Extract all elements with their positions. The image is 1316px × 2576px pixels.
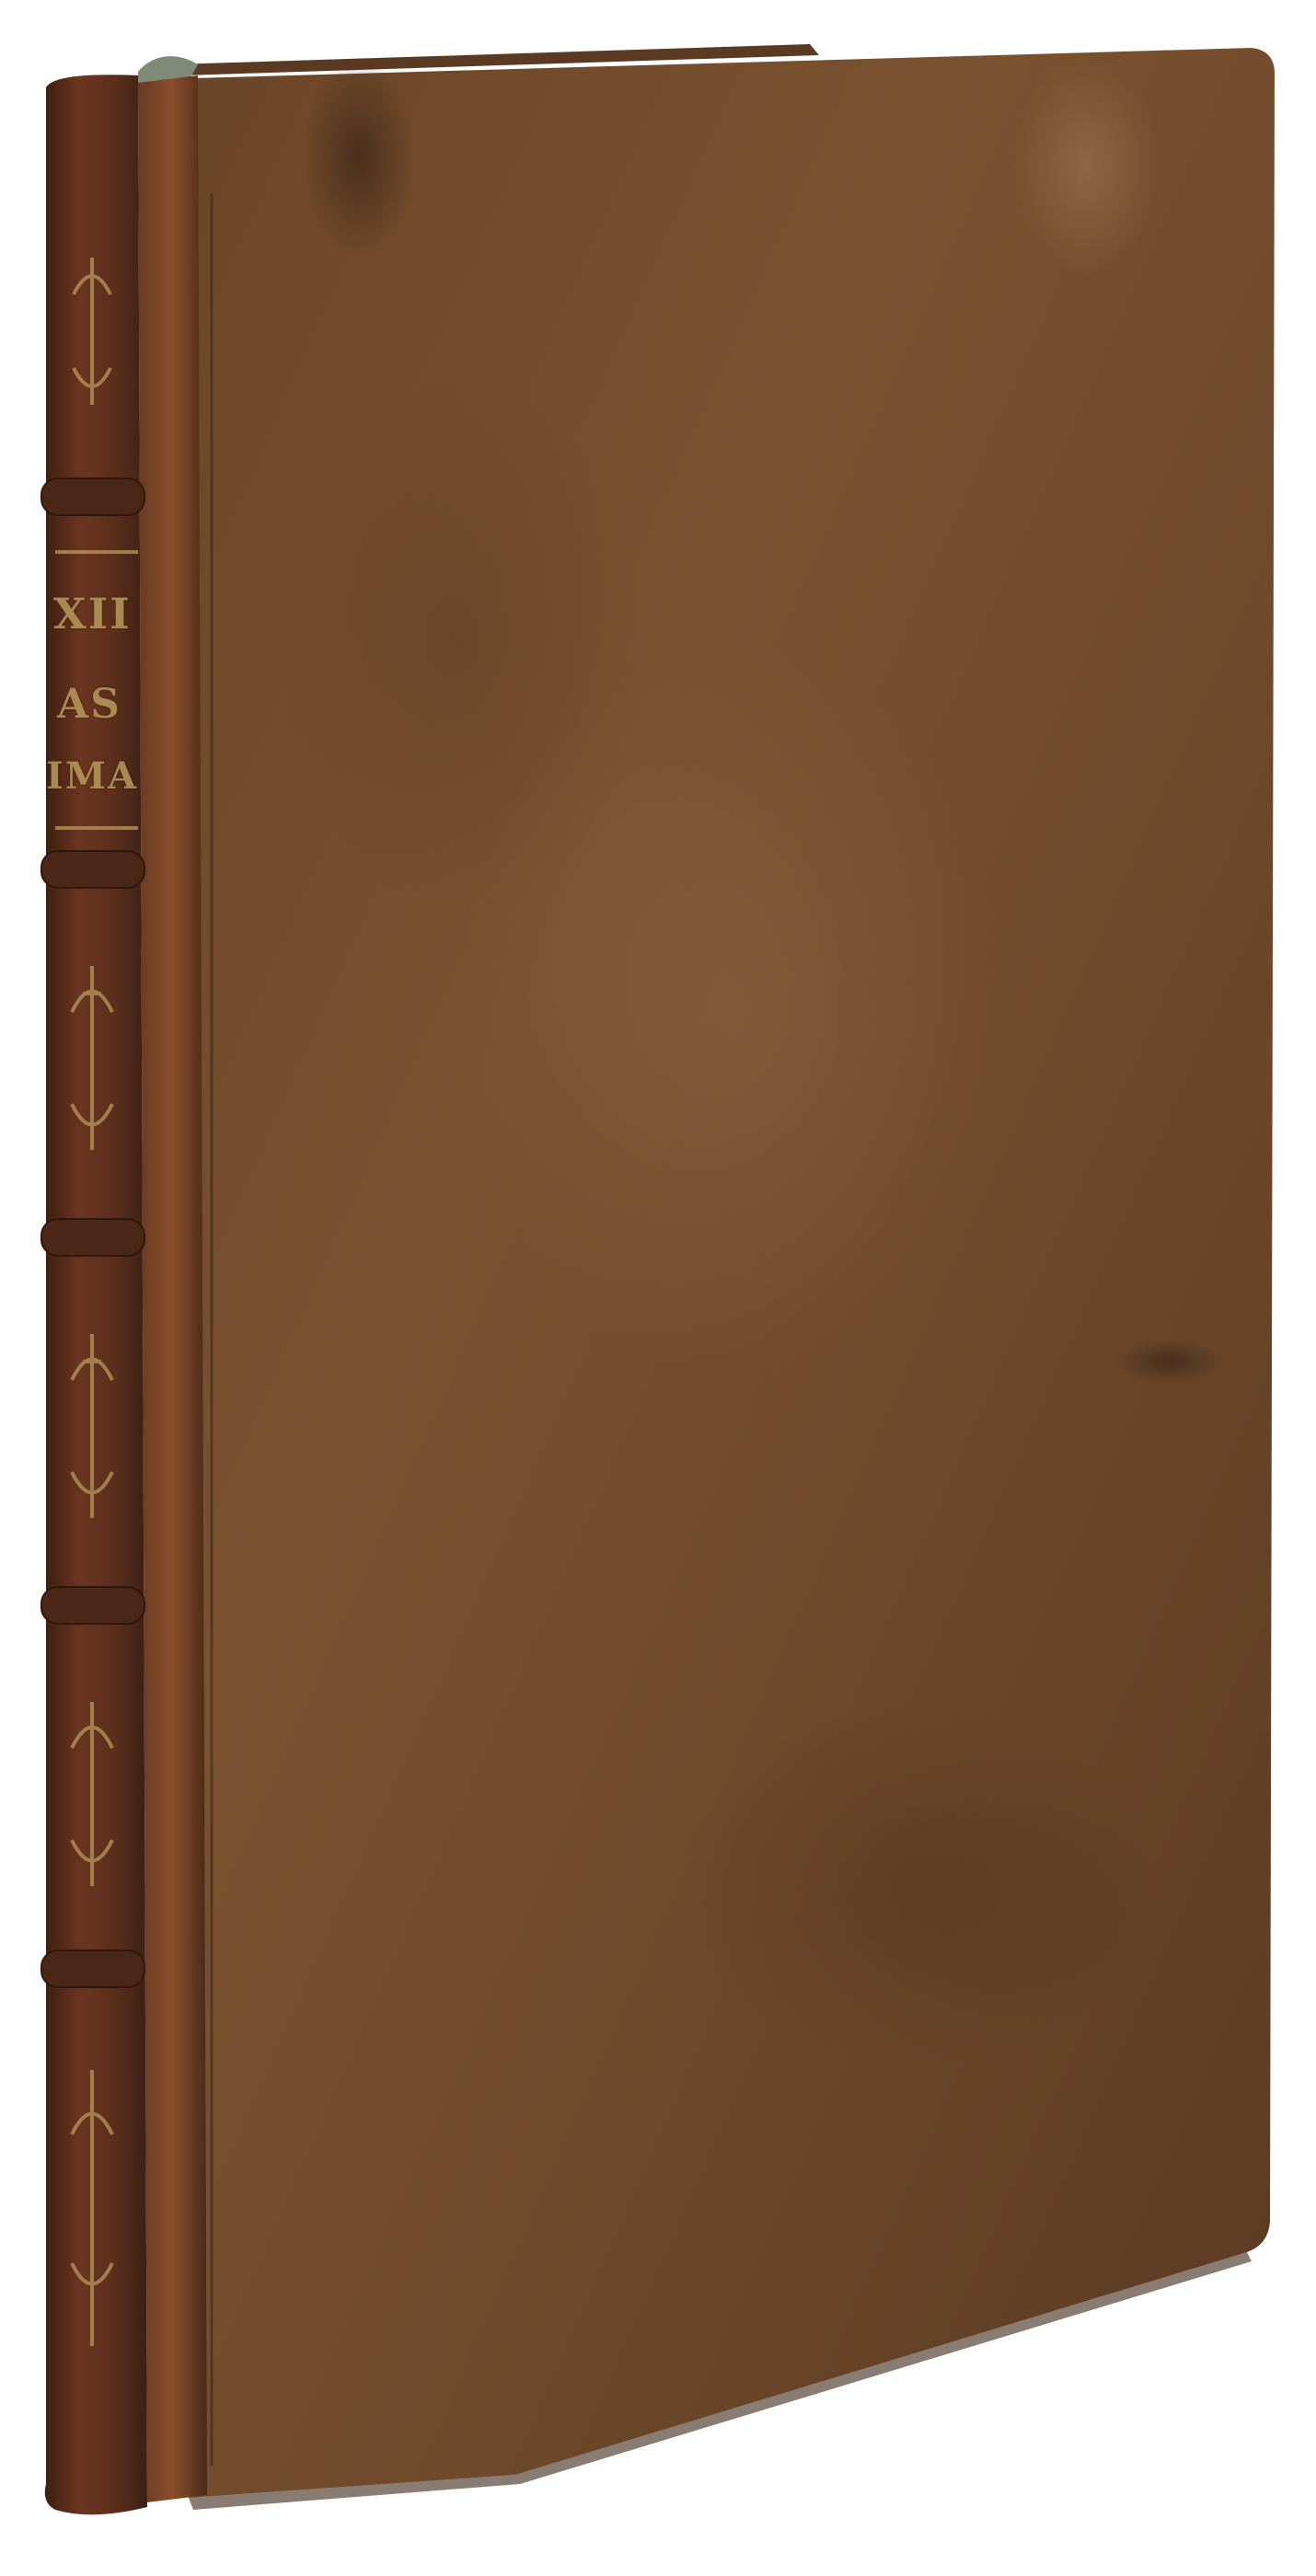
joint — [138, 75, 207, 2502]
spine-label-line-1: XII — [53, 589, 132, 638]
book-photo: XII AS IMA — [0, 0, 1316, 2576]
book-illustration — [0, 0, 1316, 2576]
spine-label-line-2: AS — [57, 681, 121, 728]
spine — [45, 75, 147, 2514]
spine-label-line-3: IMA — [46, 754, 138, 798]
